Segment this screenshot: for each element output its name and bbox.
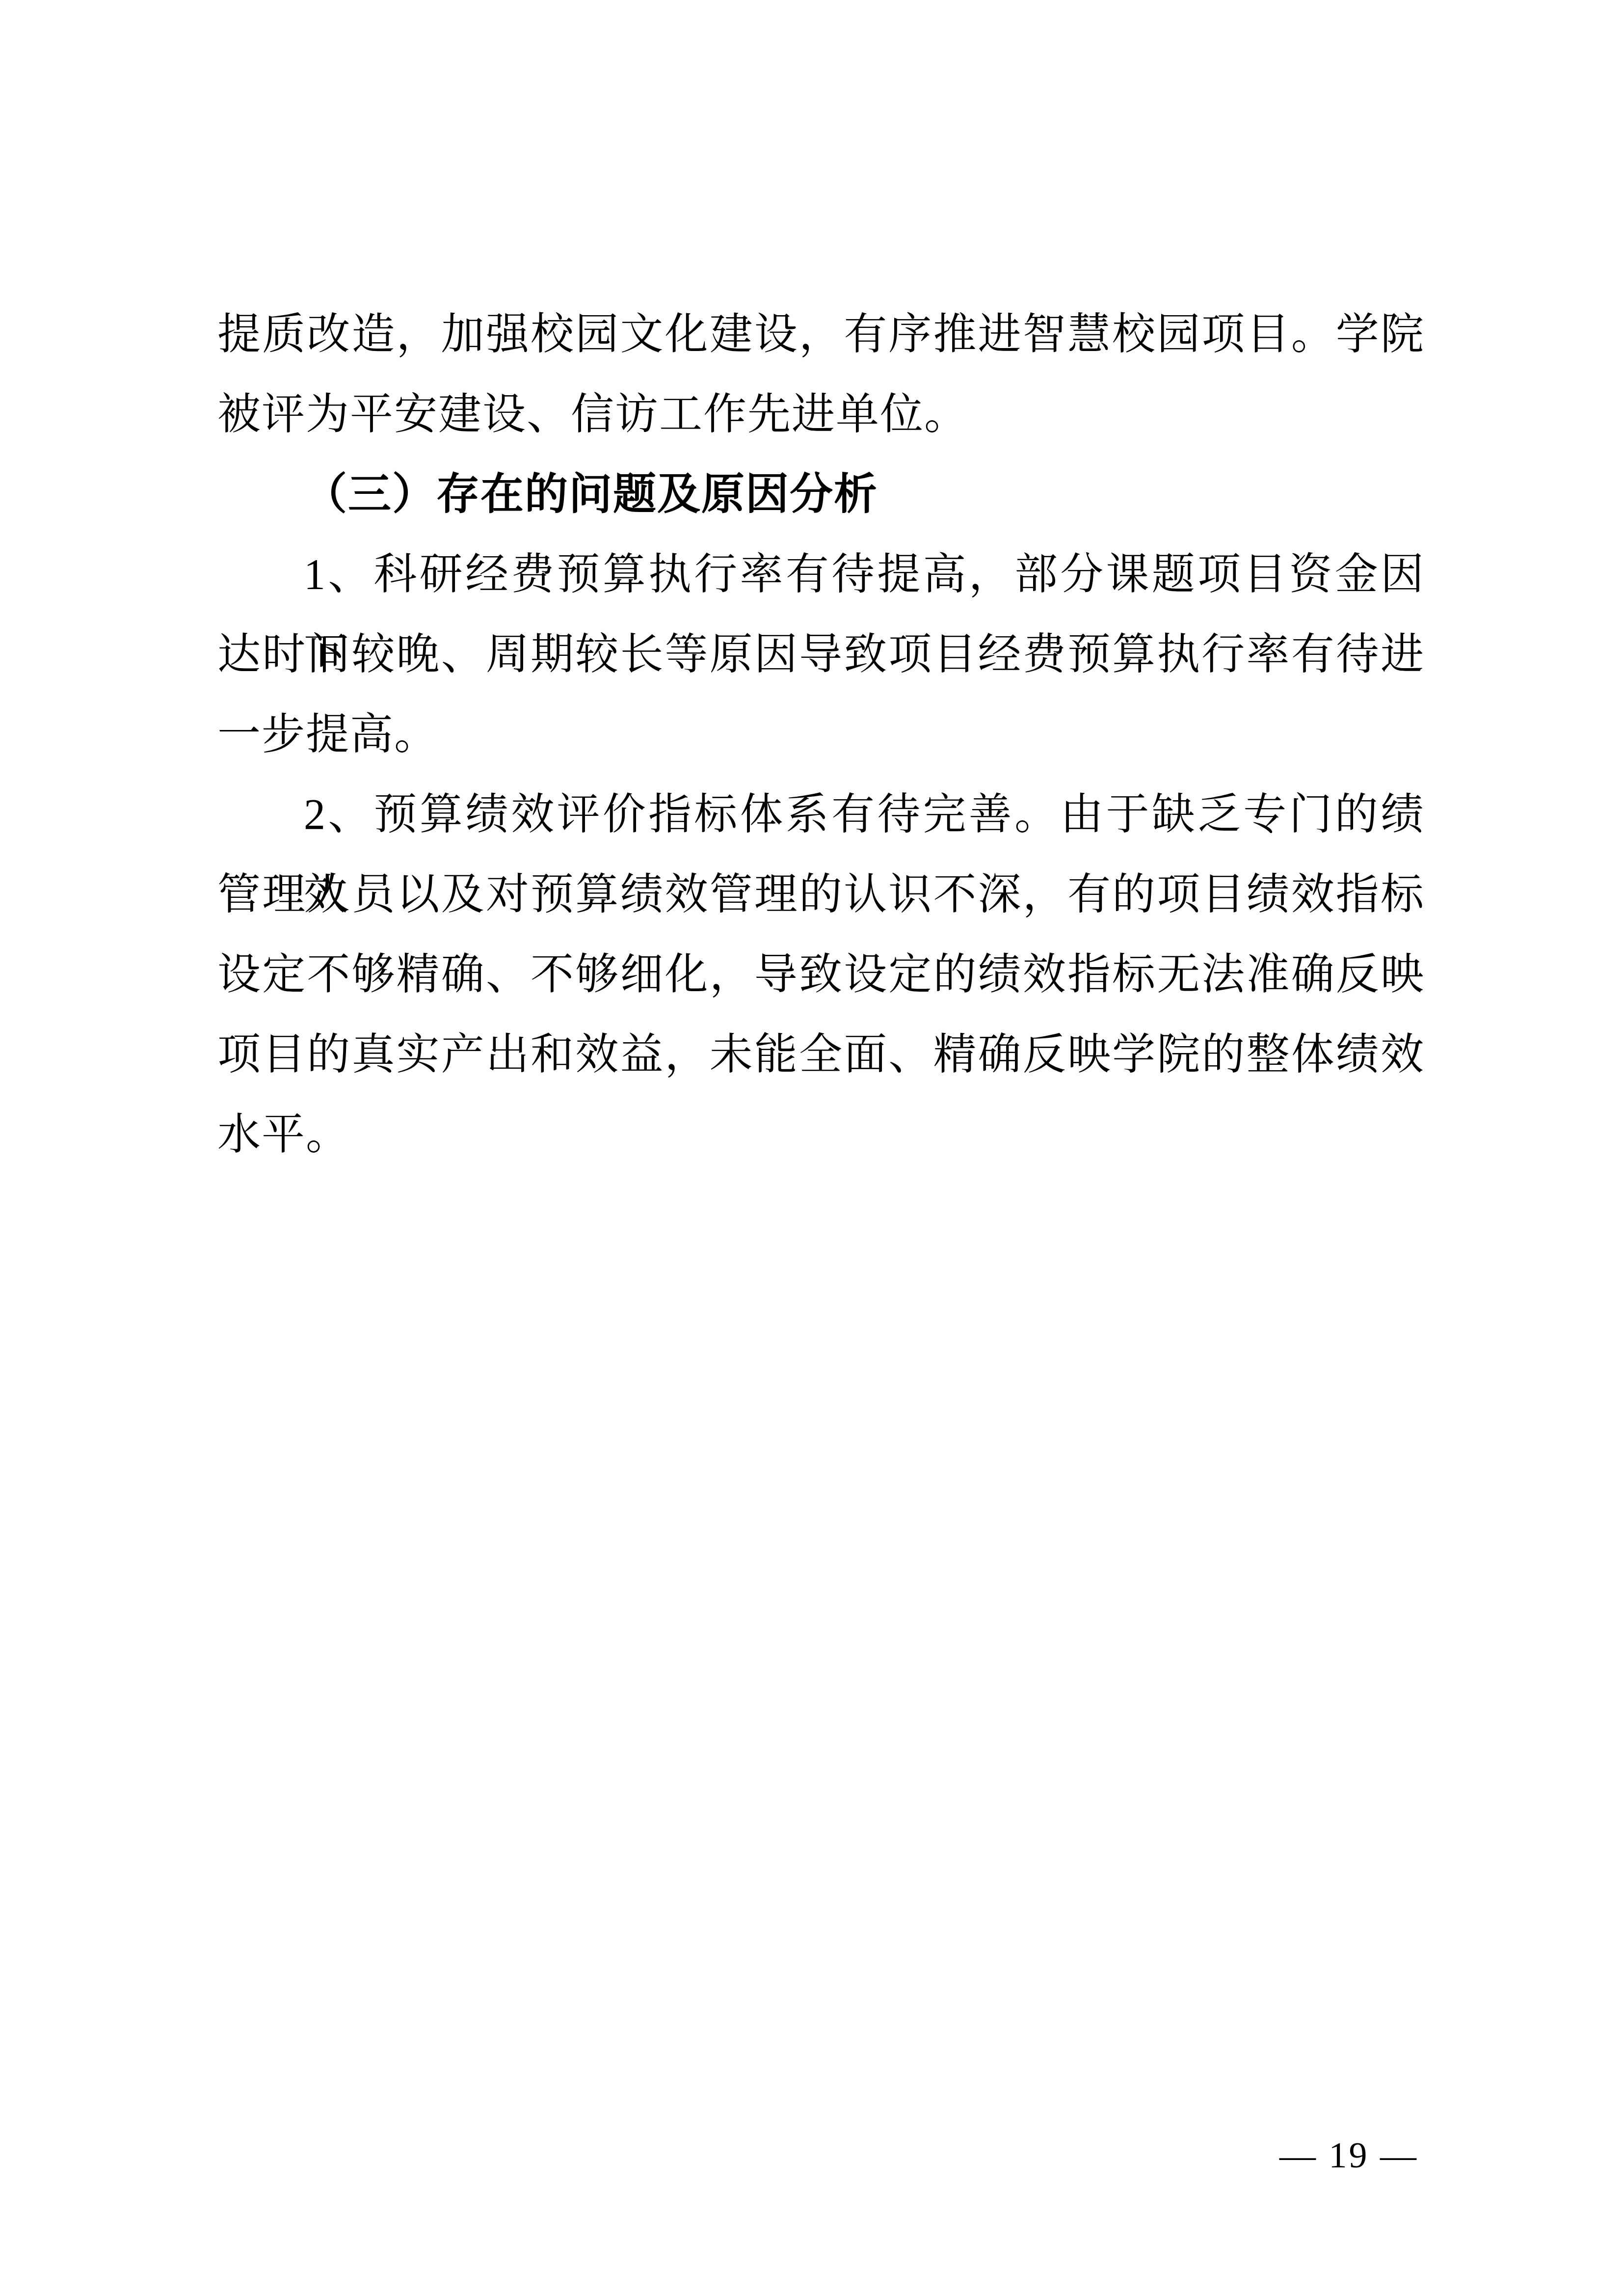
paragraph-line: 提质改造，加强校园文化建设，有序推进智慧校园项目。学院	[217, 295, 1425, 375]
paragraph-line: 设定不够精确、不够细化，导致设定的绩效指标无法准确反映	[217, 935, 1425, 1015]
paragraph-line: 被评为平安建设、信访工作先进单位。	[217, 375, 1425, 455]
document-text-block: 提质改造，加强校园文化建设，有序推进智慧校园项目。学院 被评为平安建设、信访工作…	[217, 295, 1425, 1175]
paragraph-line: 水平。	[217, 1095, 1425, 1175]
document-page: 提质改造，加强校园文化建设，有序推进智慧校园项目。学院 被评为平安建设、信访工作…	[0, 0, 1623, 2296]
section-heading: （三）存在的问题及原因分析	[217, 455, 1425, 535]
page-number: — 19 —	[1279, 2134, 1418, 2177]
paragraph-line: 项目的真实产出和效益，未能全面、精确反映学院的整体绩效	[217, 1015, 1425, 1095]
paragraph-line: 一步提高。	[217, 695, 1425, 775]
paragraph-line: 1、科研经费预算执行率有待提高，部分课题项目资金因下	[217, 535, 1425, 615]
paragraph-line: 2、预算绩效评价指标体系有待完善。由于缺乏专门的绩效	[217, 775, 1425, 855]
paragraph-line: 管理人员以及对预算绩效管理的认识不深，有的项目绩效指标	[217, 855, 1425, 935]
paragraph-line: 达时间较晚、周期较长等原因导致项目经费预算执行率有待进	[217, 615, 1425, 695]
